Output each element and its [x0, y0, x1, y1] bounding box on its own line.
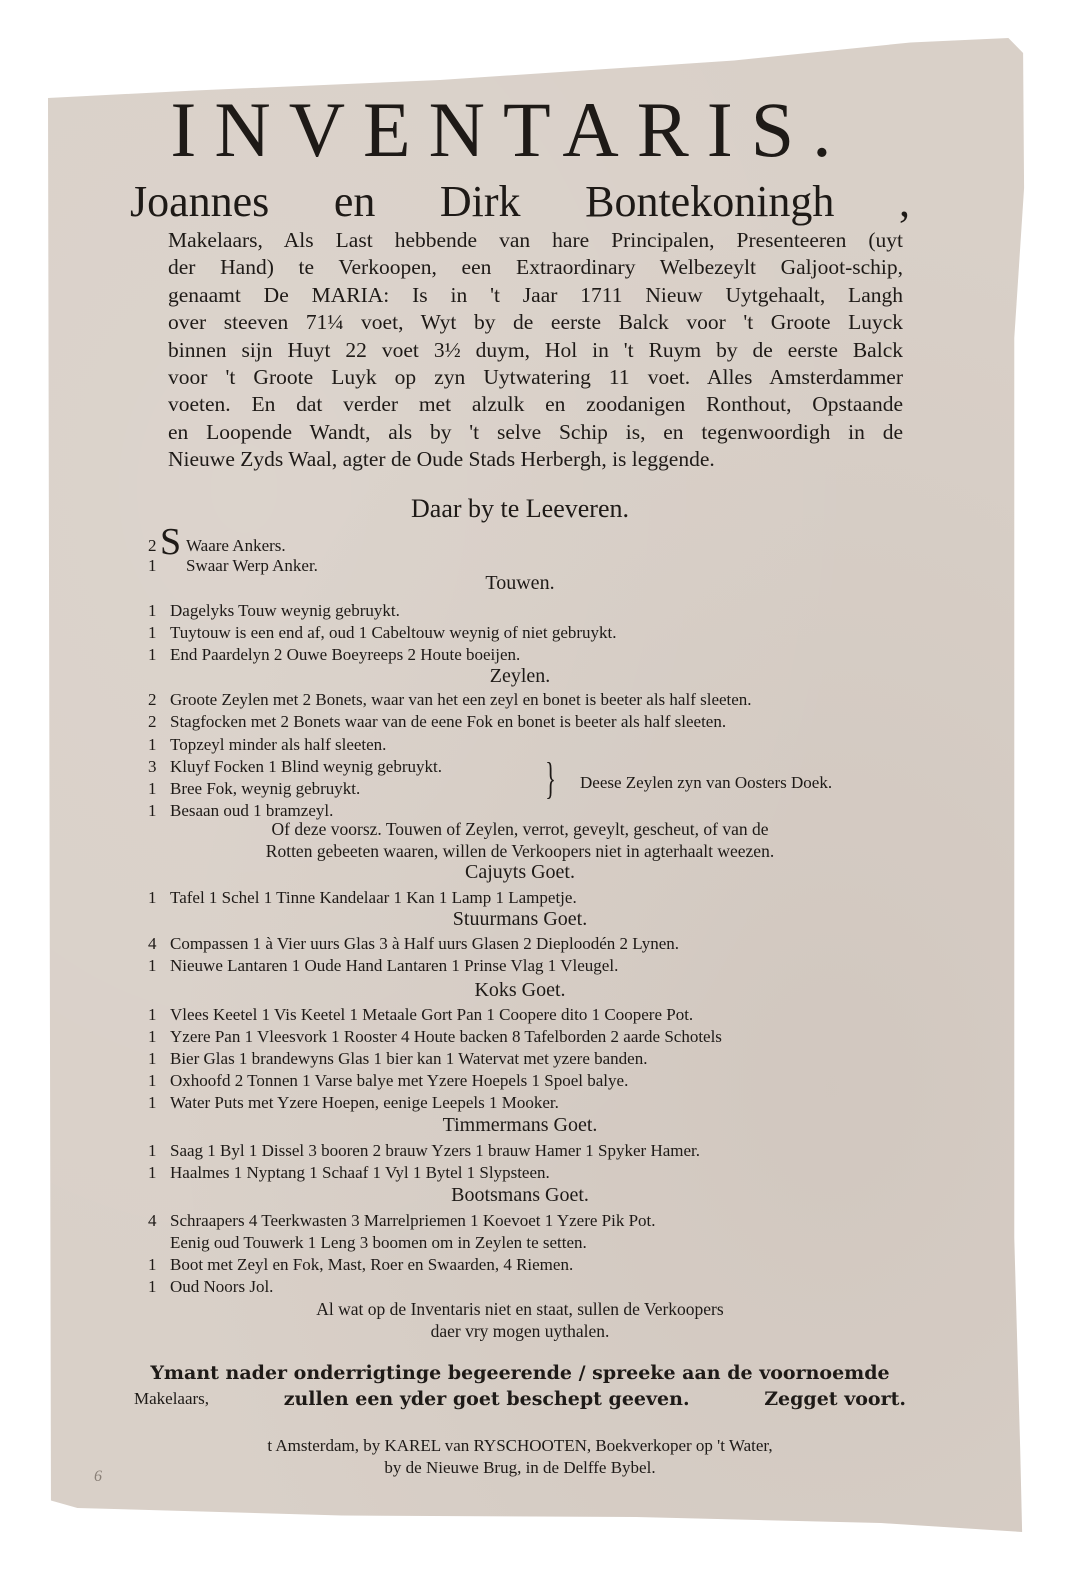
closing-note: Al wat op de Inventaris niet en staat, s… [130, 1298, 910, 1342]
section-heading: Touwen. [130, 572, 910, 595]
sails-note: Of deze voorsz. Touwen of Zeylen, verrot… [130, 818, 910, 862]
list-item: 4Schraapers 4 Teerkwasten 3 Marrelprieme… [148, 1211, 656, 1231]
section-heading: Stuurmans Goet. [130, 908, 910, 931]
list-item: 1Oxhoofd 2 Tonnen 1 Varse balye met Yzer… [148, 1071, 628, 1091]
list-item: 1Tafel 1 Schel 1 Tinne Kandelaar 1 Kan 1… [148, 888, 577, 908]
intro-line: Makelaars, Als Last hebbende van hare Pr… [168, 227, 903, 254]
name-part: Bontekoningh [585, 178, 834, 226]
intro-line: Nieuwe Zyds Waal, agter de Oude Stads He… [168, 446, 903, 473]
name-part: Joannes [130, 178, 269, 226]
drop-cap: S [160, 522, 181, 562]
list-item: 3Kluyf Focken 1 Blind weynig gebruykt. [148, 757, 442, 777]
document-title: INVENTARIS. [130, 90, 890, 170]
intro-line: en Loopende Wandt, als by 't selve Schip… [168, 419, 903, 446]
list-item: 4Compassen 1 à Vier uurs Glas 3 à Half u… [148, 934, 679, 954]
intro-line: der Hand) te Verkoopen, een Extraordinar… [168, 254, 903, 281]
list-item: 1Nieuwe Lantaren 1 Oude Hand Lantaren 1 … [148, 956, 618, 976]
name-part: en [334, 178, 376, 226]
intro-line: over steeven 71¼ voet, Wyt by de eerste … [168, 309, 903, 336]
list-item: 1Haalmes 1 Nyptang 1 Schaaf 1 Vyl 1 Byte… [148, 1163, 550, 1183]
list-item: 1Vlees Keetel 1 Vis Keetel 1 Metaale Gor… [148, 1005, 693, 1025]
section-heading: Cajuyts Goet. [130, 861, 910, 884]
section-heading: Timmermans Goet. [130, 1114, 910, 1137]
list-item: 2Stagfocken met 2 Bonets waar van de een… [148, 712, 726, 732]
list-item: 1Yzere Pan 1 Vleesvork 1 Rooster 4 Houte… [148, 1027, 722, 1047]
intro-line: binnen sijn Huyt 22 voet 3½ duym, Hol in… [168, 337, 903, 364]
list-item: 1Tuytouw is een end af, oud 1 Cabeltouw … [148, 623, 617, 643]
pencil-mark: 6 [94, 1468, 102, 1486]
contact-notice: Ymant nader onderrigtinge begeerende / s… [130, 1360, 910, 1412]
list-item: 1Saag 1 Byl 1 Dissel 3 booren 2 brauw Yz… [148, 1141, 700, 1161]
section-subtitle: Daar by te Leeveren. [130, 494, 910, 524]
name-part: , [899, 178, 910, 226]
section-heading: Bootsmans Goet. [130, 1184, 910, 1207]
intro-paragraph: Makelaars, Als Last hebbende van hare Pr… [168, 227, 903, 474]
intro-line: voeten. En dat verder met alzulk en zood… [168, 391, 903, 418]
printer-imprint: t Amsterdam, by KAREL van RYSCHOOTEN, Bo… [130, 1435, 910, 1479]
section-heading: Koks Goet. [130, 979, 910, 1002]
list-item: 1Oud Noors Jol. [148, 1277, 273, 1297]
list-item: 1Water Puts met Yzere Hoepen, eenige Lee… [148, 1093, 559, 1113]
brace-icon: } [545, 757, 556, 801]
list-item: Eenig oud Touwerk 1 Leng 3 boomen om in … [148, 1233, 587, 1253]
section-heading: Zeylen. [130, 665, 910, 688]
list-item: 1Bree Fok, weynig gebruykt. [148, 779, 360, 799]
list-item: 1Bier Glas 1 brandewyns Glas 1 bier kan … [148, 1049, 647, 1069]
intro-line: voor 't Groote Luyk op zyn Uytwatering 1… [168, 364, 903, 391]
intro-line: genaamt De MARIA: Is in 't Jaar 1711 Nie… [168, 282, 903, 309]
list-item-text: Waare Ankers. [186, 536, 286, 556]
list-item: 1Dagelyks Touw weynig gebruykt. [148, 601, 400, 621]
list-item: 1Boot met Zeyl en Fok, Mast, Roer en Swa… [148, 1255, 573, 1275]
broker-names: Joannes en Dirk Bontekoningh , [130, 178, 910, 226]
list-item: 1End Paardelyn 2 Ouwe Boeyreeps 2 Houte … [148, 645, 520, 665]
list-item: 1Topzeyl minder als half sleeten. [148, 735, 386, 755]
brace-note: Deese Zeylen zyn van Oosters Doek. [580, 773, 832, 793]
name-part: Dirk [440, 178, 521, 226]
list-item: 2Groote Zeylen met 2 Bonets, waar van he… [148, 690, 752, 710]
